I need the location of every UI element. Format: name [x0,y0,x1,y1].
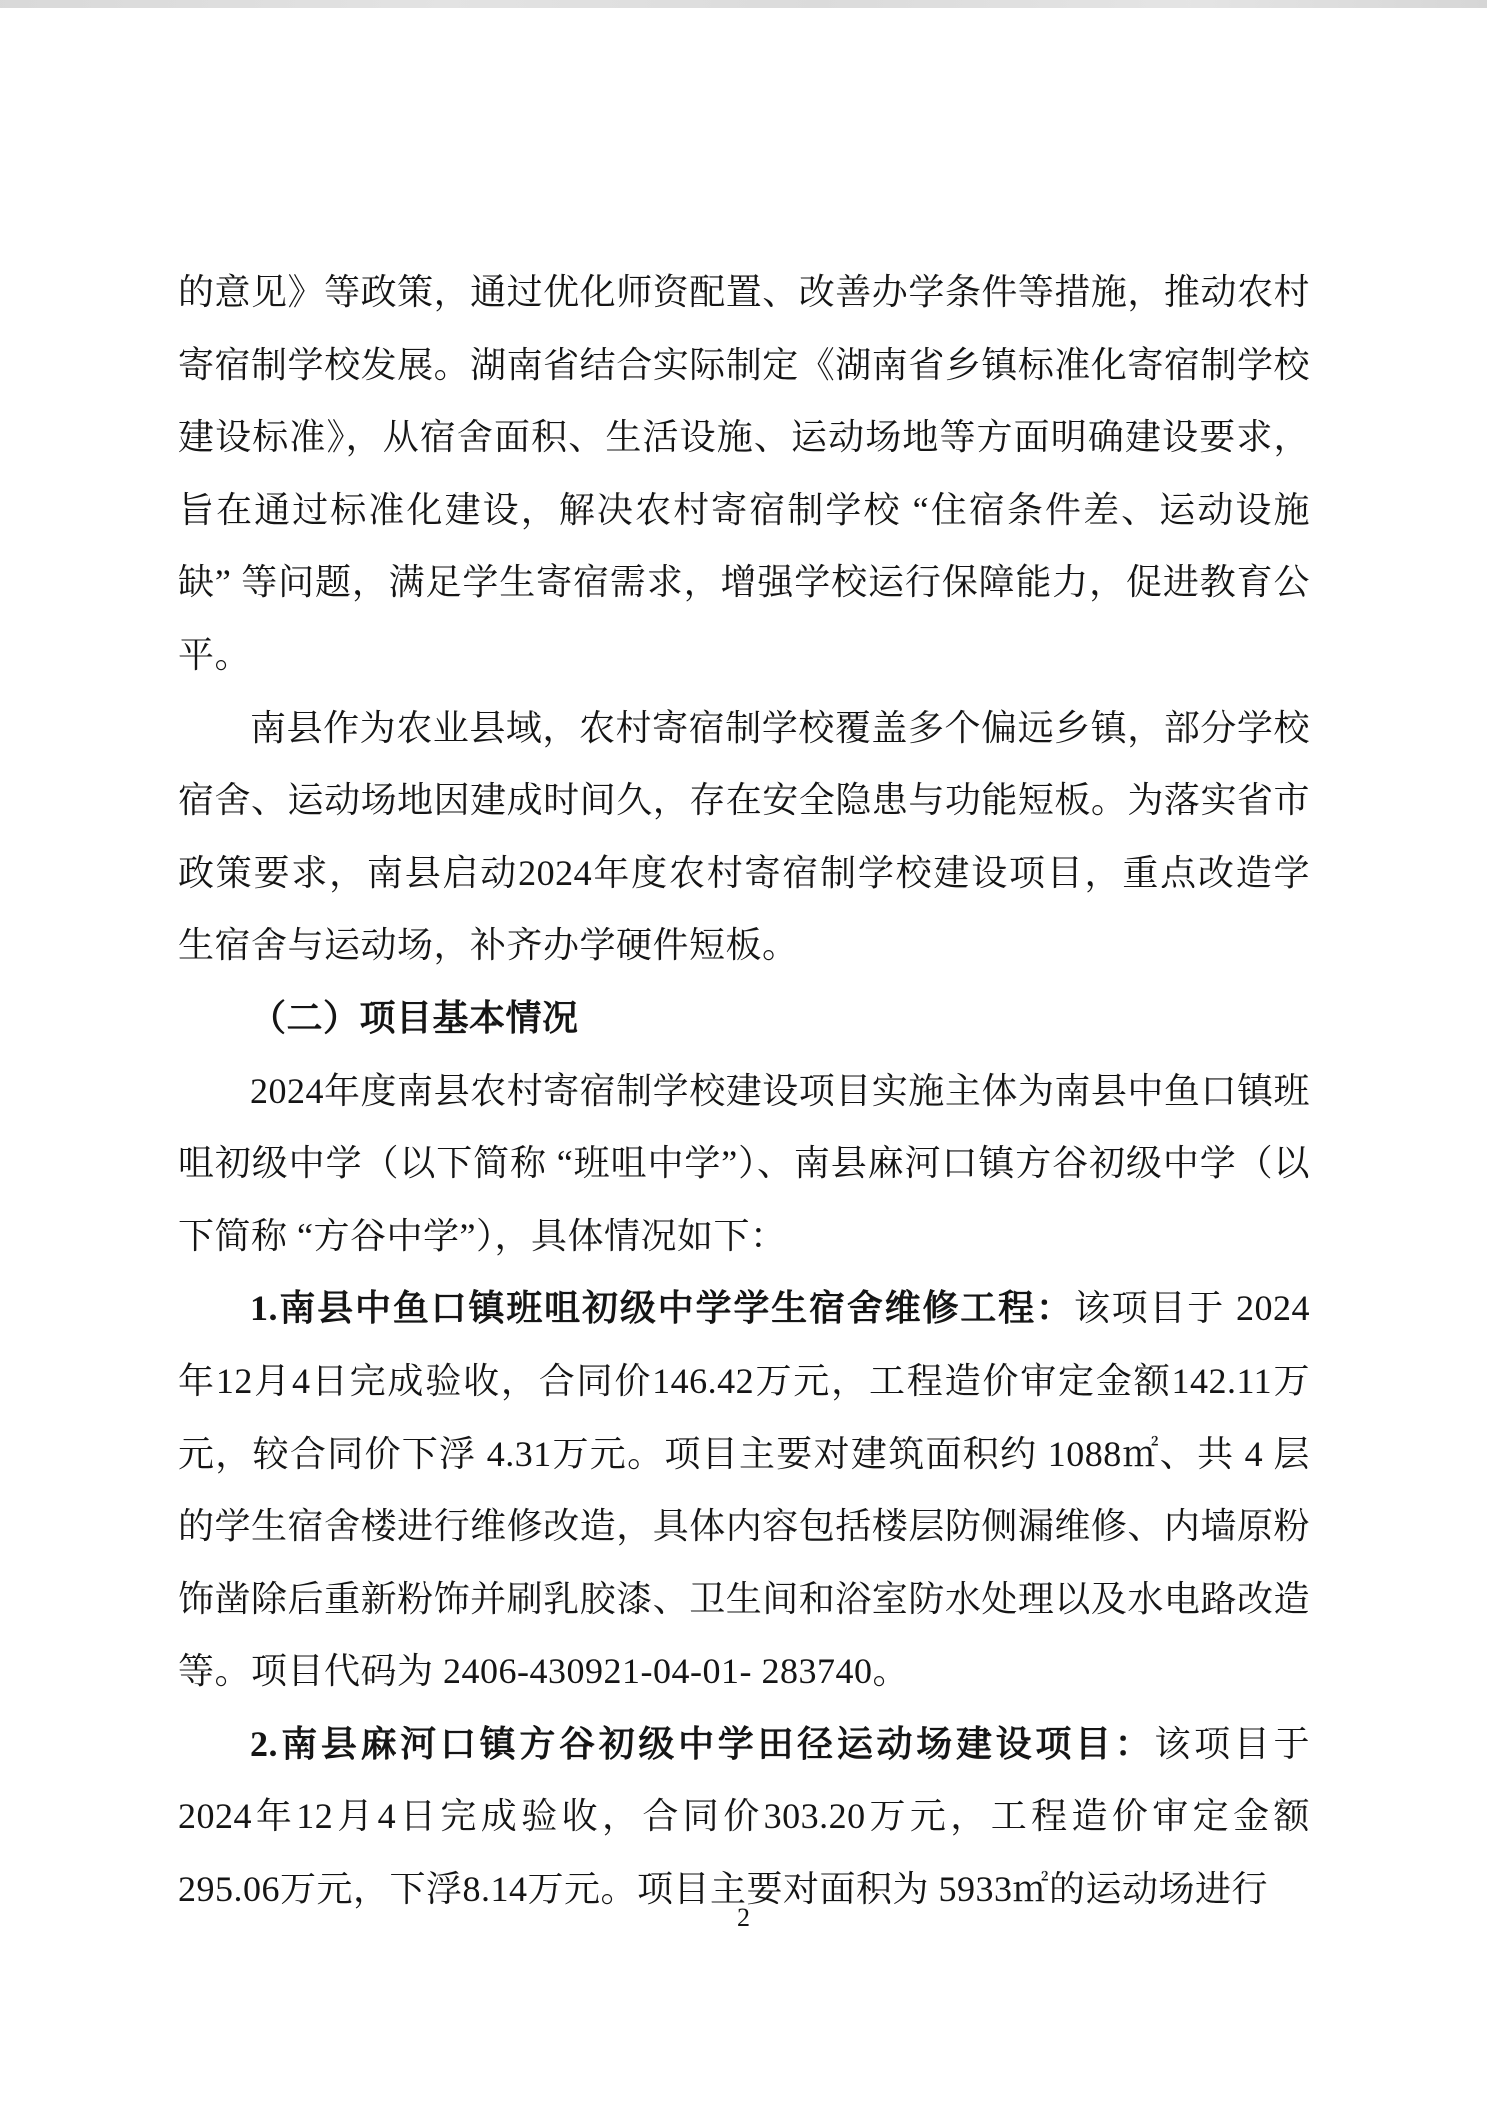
paragraph: 南县作为农业县域，农村寄宿制学校覆盖多个偏远乡镇，部分学校宿舍、运动场地因建成时… [178,692,1310,982]
text-run: 该项目于 2024年12月4日完成验收，合同价146.42万元，工程造价审定金额… [178,1288,1310,1691]
document-page: 的意见》等政策，通过优化师资配置、改善办学条件等措施，推动农村寄宿制学校发展。湖… [0,0,1487,2105]
page-number: 2 [737,1903,750,1932]
document-body: 的意见》等政策，通过优化师资配置、改善办学条件等措施，推动农村寄宿制学校发展。湖… [178,256,1310,1926]
text-run: 南县作为农业县域，农村寄宿制学校覆盖多个偏远乡镇，部分学校宿舍、运动场地因建成时… [178,708,1310,966]
paragraph: 1.南县中鱼口镇班咀初级中学学生宿舍维修工程：该项目于 2024年12月4日完成… [178,1272,1310,1708]
scan-artifact-top [0,0,1487,8]
page-footer: 2 [0,1898,1487,1938]
paragraph: 2024年度南县农村寄宿制学校建设项目实施主体为南县中鱼口镇班咀初级中学（以下简… [178,1055,1310,1273]
bold-text-run: 2.南县麻河口镇方谷初级中学田径运动场建设项目： [250,1724,1154,1764]
text-run: 2024年度南县农村寄宿制学校建设项目实施主体为南县中鱼口镇班咀初级中学（以下简… [178,1071,1310,1256]
paragraph: 的意见》等政策，通过优化师资配置、改善办学条件等措施，推动农村寄宿制学校发展。湖… [178,256,1310,692]
text-run: 的意见》等政策，通过优化师资配置、改善办学条件等措施，推动农村寄宿制学校发展。湖… [178,272,1310,675]
bold-text-run: 1.南县中鱼口镇班咀初级中学学生宿舍维修工程： [250,1288,1074,1328]
paragraph: 2.南县麻河口镇方谷初级中学田径运动场建设项目：该项目于 2024年12月4日完… [178,1708,1310,1926]
bold-text-run: （二）项目基本情况 [250,998,579,1038]
section-heading: （二）项目基本情况 [178,982,1310,1055]
